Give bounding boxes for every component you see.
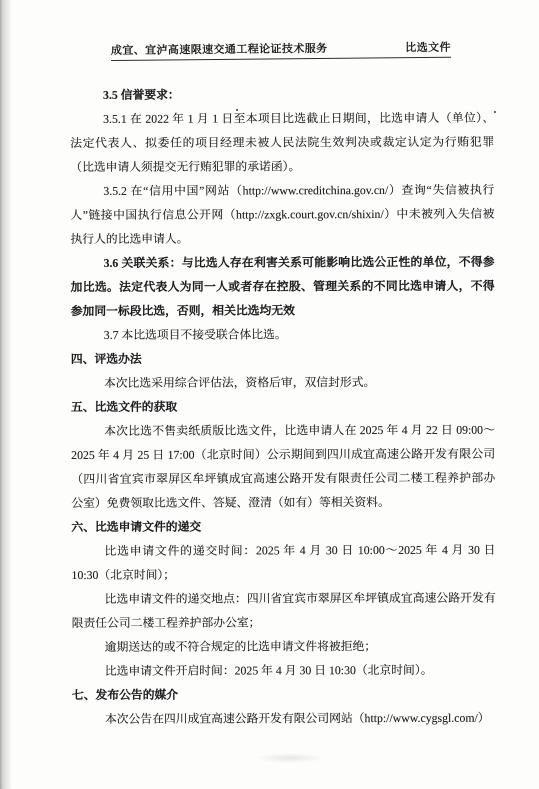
section-7-heading: 七、发布公告的媒介	[72, 682, 496, 707]
scan-speck	[494, 111, 496, 113]
section-5-body: 本次比选不售卖纸质版比选文件，比选申请人在 2025 年 4 月 22 日 09…	[71, 418, 495, 515]
page-header: 成宜、宜泸高速限速交通工程论证技术服务 比选文件	[111, 39, 451, 61]
clause-late-rejection: 逾期送达的或不符合规定的比选申请文件将被拒绝；	[72, 634, 496, 659]
section-4-body: 本次比选采用综合评估法，资格后审，双信封形式。	[71, 370, 495, 395]
clause-3-5-2: 3.5.2 在“信用中国”网站（http://www.creditchina.g…	[70, 178, 494, 251]
section-4-heading: 四、评选办法	[71, 346, 495, 371]
clause-3-5-heading: 3.5 信誉要求：	[70, 82, 494, 107]
section-7-body: 本次公告在四川成宜高速公路开发有限公司网站（http://www.cygsgl.…	[72, 706, 496, 731]
document-body: 3.5 信誉要求： 3.5.1 在 2022 年 1 月 1 日至本项目比选截止…	[70, 82, 496, 731]
clause-submission-place: 比选申请文件的递交地点：四川省宜宾市翠屏区牟坪镇成宜高速公路开发有限责任公司二楼…	[72, 586, 496, 635]
section-6-heading: 六、比选申请文件的递交	[71, 514, 495, 539]
scan-smudge	[255, 753, 325, 763]
header-doc-type: 比选文件	[405, 39, 451, 55]
clause-3-6: 3.6 关联关系：与比选人存在利害关系可能影响比选公正性的单位，不得参加比选。法…	[71, 250, 495, 323]
clause-opening-time: 比选申请文件开启时间：2025 年 4 月 30 日 10:30（北京时间）。	[72, 658, 496, 683]
clause-3-7: 3.7 本比选项目不接受联合体比选。	[71, 322, 495, 347]
clause-submission-time: 比选申请文件的递交时间：2025 年 4 月 30 日 10:00～2025 年…	[71, 538, 495, 587]
scan-speck	[236, 109, 238, 111]
clause-3-5-1: 3.5.1 在 2022 年 1 月 1 日至本项目比选截止日期间，比选申请人（…	[70, 106, 494, 179]
scanned-document-page: 成宜、宜泸高速限速交通工程论证技术服务 比选文件 3.5 信誉要求： 3.5.1…	[0, 0, 539, 789]
header-project-title: 成宜、宜泸高速限速交通工程论证技术服务	[111, 40, 328, 58]
scan-edge-shadow	[0, 0, 12, 789]
section-5-heading: 五、比选文件的获取	[71, 394, 495, 419]
